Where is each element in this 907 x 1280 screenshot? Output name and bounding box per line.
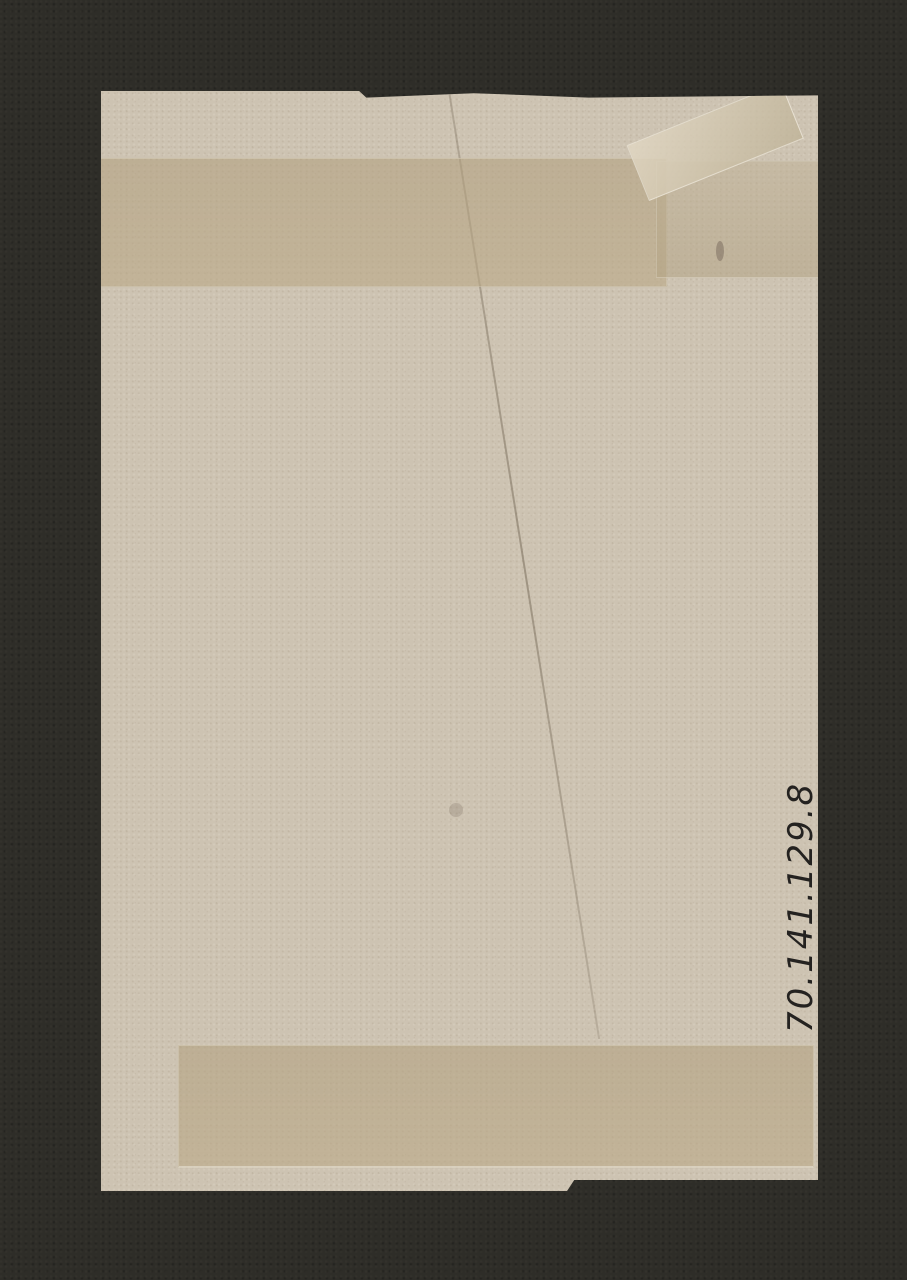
tape-strip-top [95, 158, 667, 287]
tape-strip-bottom [178, 1045, 814, 1168]
stain-mark [449, 803, 463, 817]
card-back: 70.141.129.8 [101, 91, 818, 1191]
accession-number: 70.141.129.8 [781, 782, 821, 1033]
stain-mark [716, 241, 724, 261]
